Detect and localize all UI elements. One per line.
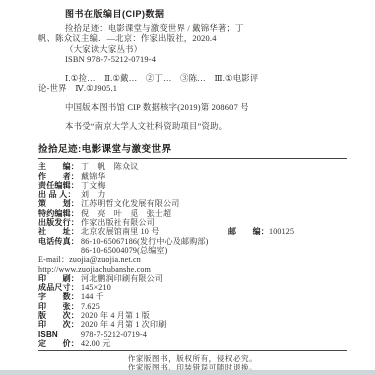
- colophon-row: 策 划：江苏明哲文化发展有限公司: [38, 199, 347, 208]
- classification-line: 论-世界 Ⅳ.①J905.1: [38, 84, 347, 94]
- colophon-value: 河北鹏润印刷有限公司: [81, 274, 163, 283]
- colophon-label: 电话传真：: [38, 237, 81, 246]
- classification-line: Ⅰ.①捡… Ⅱ.①戴… ②丁… ③陈… Ⅲ.①电影评: [38, 74, 347, 84]
- colophon-row: 86-10-65004079(总编室): [38, 246, 347, 255]
- colophon-value: 86-10-65067186(发行中心及邮购部): [81, 237, 208, 246]
- colophon-row: 特约编辑：倪 亮 叶 觅 张士超: [38, 209, 347, 218]
- colophon-label: 定 价：: [38, 339, 81, 348]
- colophon-value: 丁文梅: [81, 181, 106, 190]
- colophon-value: 7.625: [81, 302, 100, 311]
- colophon-row: 电话传真：86-10-65067186(发行中心及邮购部): [38, 237, 347, 246]
- cip-header: 图书在版编目(CIP)数据: [38, 8, 347, 20]
- colophon-label: 特约编辑：: [38, 209, 81, 218]
- colophon-secondary-pair: 邮 编：100125: [228, 227, 294, 236]
- colophon-label: 责任编辑：: [38, 181, 81, 190]
- colophon-row: ISBN 978-7-5212-0719-4: [38, 330, 347, 339]
- colophon-value: 42.00 元: [81, 339, 110, 348]
- colophon-table: 主 编：丁 帆 陈众议作 者：戴锦华责任编辑：丁文梅出 品 人：刘 力策 划：江…: [38, 162, 347, 348]
- cip-description: 捡拾足迹：电影课堂与激变世界 / 戴锦华著；丁 帆、陈众议主编．—北京：作家出版…: [38, 24, 347, 66]
- colophon-label: 邮 编：: [228, 227, 269, 236]
- colophon-row: 印 张：7.625: [38, 302, 347, 311]
- colophon-row: 版 次：2020 年 4 月第 1 版: [38, 311, 347, 320]
- colophon-row: 字 数：144 千: [38, 292, 347, 301]
- colophon-label: [38, 246, 81, 255]
- scan-edge-shadow: [0, 370, 375, 375]
- colophon-value: 100125: [269, 227, 294, 236]
- book-title: 捡拾足迹:电影课堂与激变世界: [38, 143, 347, 159]
- colophon-value: 丁 帆 陈众议: [81, 162, 138, 171]
- colophon-value: 作家出版社有限公司: [81, 218, 155, 227]
- colophon-label: 字 数：: [38, 292, 81, 301]
- colophon-row: 出版发行：作家出版社有限公司: [38, 218, 347, 227]
- colophon-row: E-mail：zuojia@zuojia.net.cn: [38, 255, 347, 264]
- colophon-label: 出版发行：: [38, 218, 81, 227]
- colophon-row: 定 价：42.00 元: [38, 339, 347, 348]
- cip-line: 帆、陈众议主编．—北京：作家出版社，2020.4: [38, 34, 347, 44]
- cip-line: （大家读大家丛书）: [38, 45, 347, 55]
- colophon-value: 978-7-5212-0719-4: [81, 330, 147, 339]
- colophon-row: 印 刷：河北鹏润印刷有限公司: [38, 274, 347, 283]
- colophon-label: 策 划：: [38, 199, 81, 208]
- copyright-page: 图书在版编目(CIP)数据 捡拾足迹：电影课堂与激变世界 / 戴锦华著；丁 帆、…: [0, 0, 375, 375]
- colophon-row: 主 编：丁 帆 陈众议: [38, 162, 347, 171]
- colophon-row: 作 者：戴锦华: [38, 172, 347, 181]
- cip-line: 捡拾足迹：电影课堂与激变世界 / 戴锦华著；丁: [38, 24, 347, 34]
- colophon-value: 北京农展馆南里 10 号: [81, 227, 159, 236]
- colophon-label: 印 张：: [38, 302, 81, 311]
- page-content: 图书在版编目(CIP)数据 捡拾足迹：电影课堂与激变世界 / 戴锦华著；丁 帆、…: [38, 8, 347, 373]
- colophon-label: E-mail：: [38, 255, 69, 264]
- colophon-label: 社 址：: [38, 227, 81, 236]
- colophon-row: 印 次：2020 年 4 月第 1 次印刷: [38, 320, 347, 329]
- cip-isbn-line: ISBN 978-7-5212-0719-4: [38, 55, 347, 65]
- colophon-row: 责任编辑：丁文梅: [38, 181, 347, 190]
- colophon-value: 86-10-65004079(总编室): [81, 246, 167, 255]
- colophon-value: zuojia@zuojia.net.cn: [69, 255, 141, 264]
- colophon-value: http://www.zuojiachubanshe.com: [38, 265, 151, 274]
- colophon-row: http://www.zuojiachubanshe.com: [38, 265, 347, 274]
- colophon-label: 主 编：: [38, 162, 81, 171]
- colophon-value: 145×210: [81, 283, 111, 292]
- cip-classification: Ⅰ.①捡… Ⅱ.①戴… ②丁… ③陈… Ⅲ.①电影评 论-世界 Ⅳ.①J905.…: [38, 74, 347, 95]
- colophon-label: 印 次：: [38, 320, 81, 329]
- colophon-row: 社 址：北京农展馆南里 10 号邮 编：100125: [38, 227, 347, 236]
- colophon-label: 成品尺寸：: [38, 283, 81, 292]
- colophon-label: 版 次：: [38, 311, 81, 320]
- colophon-value: 戴锦华: [81, 172, 106, 181]
- colophon-value: 2020 年 4 月第 1 版: [81, 311, 150, 320]
- colophon-row: 成品尺寸：145×210: [38, 283, 347, 292]
- colophon-value: 倪 亮 叶 觅 张士超: [81, 209, 171, 218]
- funding-note: 本书受“南京大学人文社科资助项目”资助。: [38, 122, 347, 132]
- colophon-value: 江苏明哲文化发展有限公司: [81, 199, 179, 208]
- colophon-value: 144 千: [81, 292, 104, 301]
- cip-record-number: 中国版本图书馆 CIP 数据核字(2019)第 208607 号: [38, 103, 347, 113]
- copyright-notice: 作家版图书，版权所有，侵权必究。: [38, 354, 347, 364]
- colophon-label: 印 刷：: [38, 274, 81, 283]
- colophon-label: 作 者：: [38, 172, 81, 181]
- colophon-label: ISBN: [38, 330, 81, 339]
- colophon-value: 2020 年 4 月第 1 次印刷: [81, 320, 166, 329]
